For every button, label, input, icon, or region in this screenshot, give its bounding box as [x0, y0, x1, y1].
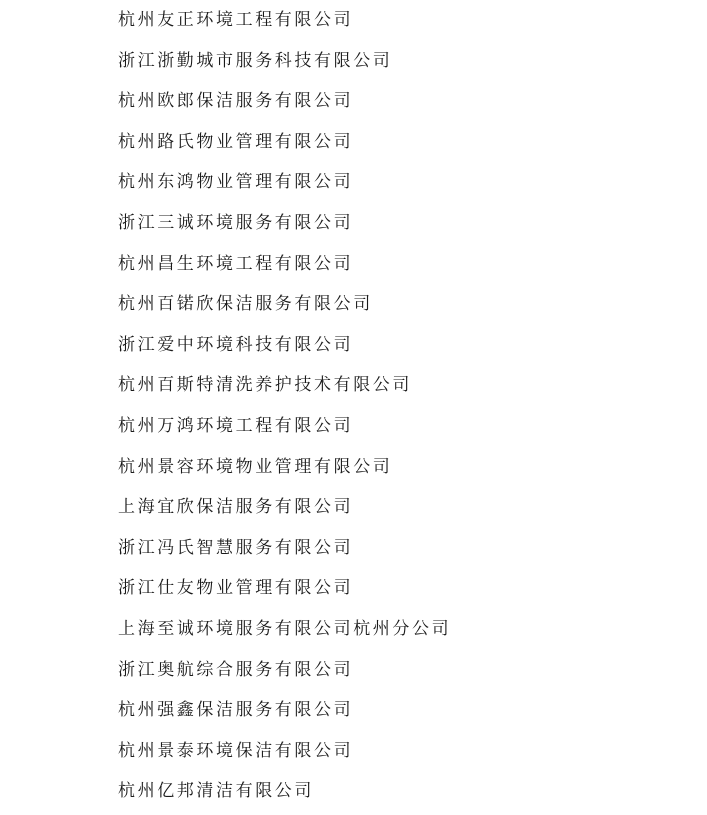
company-item: 浙江冯氏智慧服务有限公司 [118, 537, 353, 559]
company-item: 上海至诚环境服务有限公司杭州分公司 [118, 618, 451, 640]
company-item: 杭州万鸿环境工程有限公司 [118, 415, 353, 437]
company-item: 杭州友正环境工程有限公司 [118, 9, 353, 31]
company-item: 杭州亿邦清洁有限公司 [118, 780, 314, 802]
company-item: 杭州强鑫保洁服务有限公司 [118, 699, 353, 721]
company-item: 浙江奥航综合服务有限公司 [118, 659, 353, 681]
company-item: 杭州百斯特清洗养护技术有限公司 [118, 374, 412, 396]
company-item: 杭州路氏物业管理有限公司 [118, 131, 353, 153]
company-item: 杭州景泰环境保洁有限公司 [118, 740, 353, 762]
company-item: 浙江仕友物业管理有限公司 [118, 577, 353, 599]
company-item: 杭州东鸿物业管理有限公司 [118, 171, 353, 193]
company-item: 浙江爱中环境科技有限公司 [118, 334, 353, 356]
company-item: 杭州景容环境物业管理有限公司 [118, 456, 392, 478]
company-item: 杭州欧郎保洁服务有限公司 [118, 90, 353, 112]
company-item: 杭州昌生环境工程有限公司 [118, 253, 353, 275]
company-item: 上海宜欣保洁服务有限公司 [118, 496, 353, 518]
company-item: 杭州百锘欣保洁服务有限公司 [118, 293, 373, 315]
company-item: 浙江浙勤城市服务科技有限公司 [118, 50, 392, 72]
company-item: 浙江三诚环境服务有限公司 [118, 212, 353, 234]
